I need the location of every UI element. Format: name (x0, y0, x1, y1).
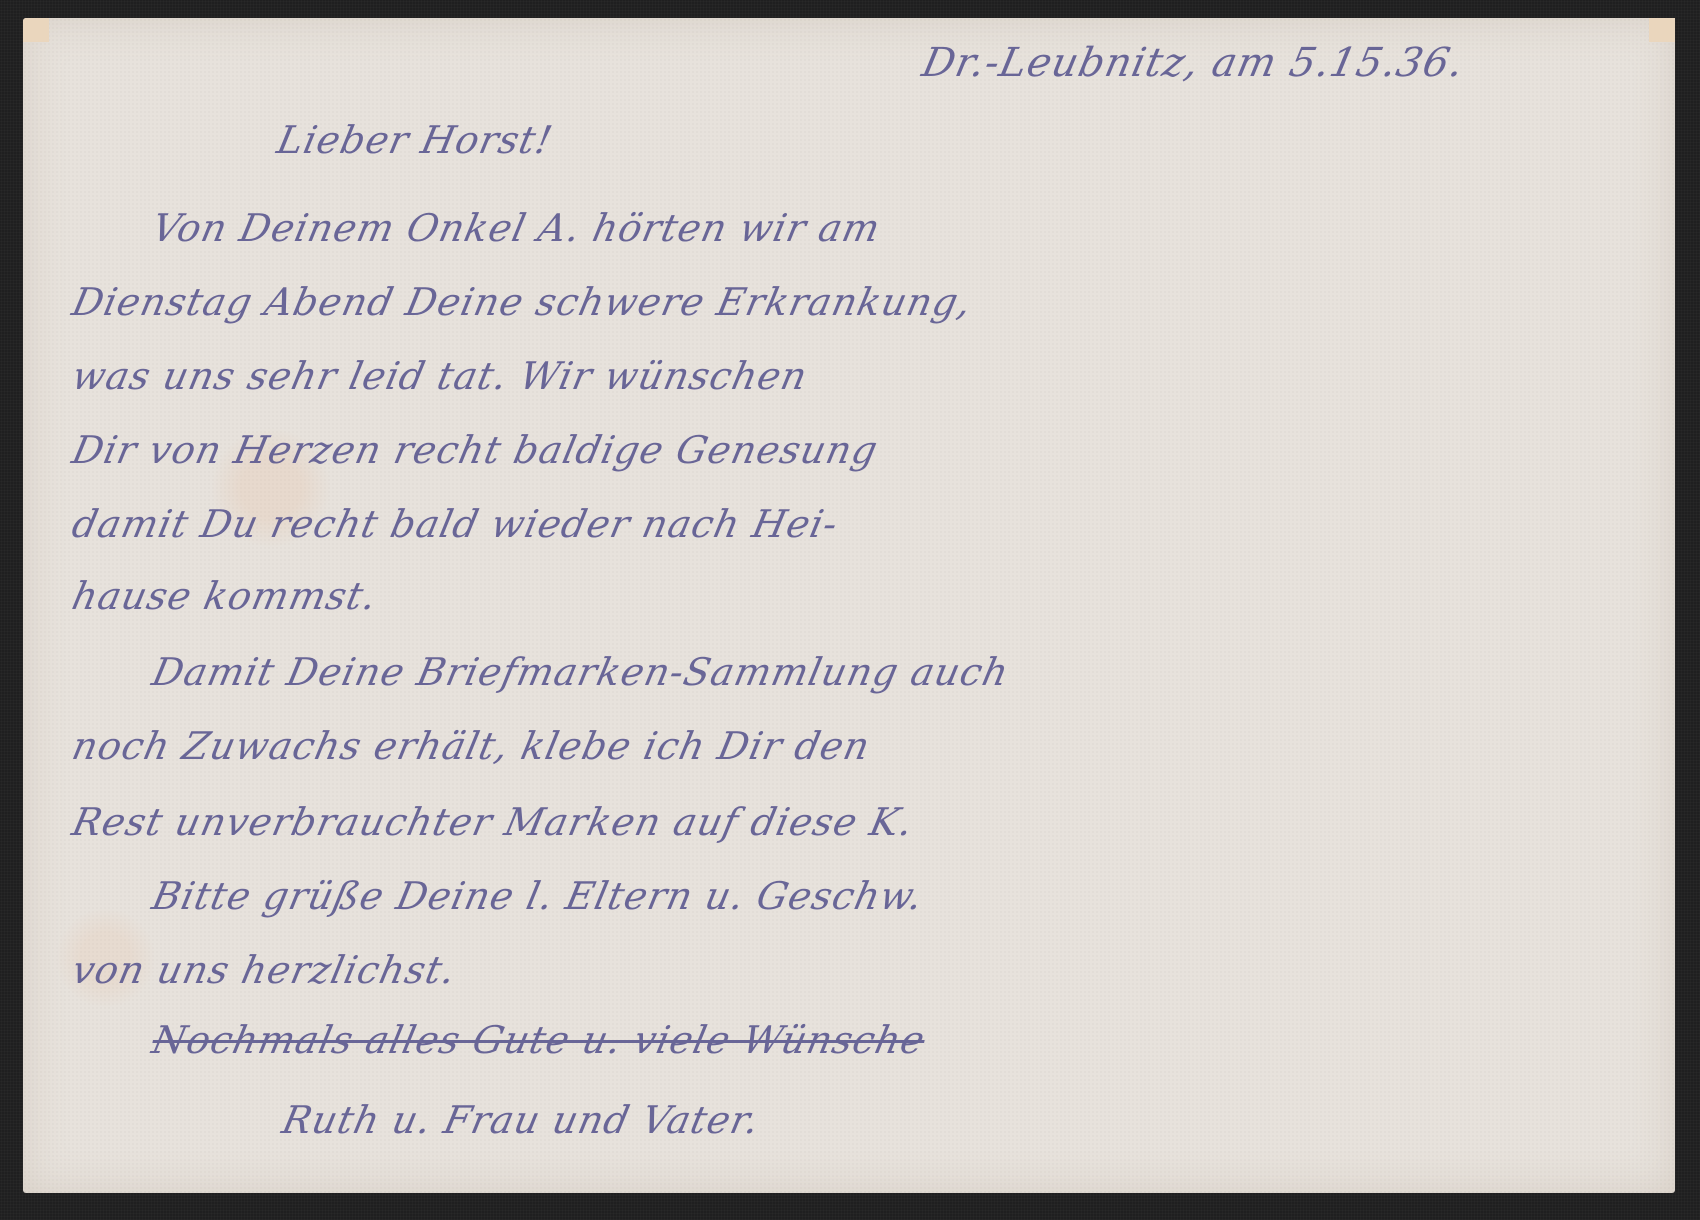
letter-line: Bitte grüße Deine l. Eltern u. Geschw. (148, 874, 927, 918)
letter-line: von uns herzlichst. (68, 948, 460, 992)
letter-line: Rest unverbrauchter Marken auf diese K. (68, 800, 917, 844)
struck-text: Nochmals alles Gute u. viele Wünsche (148, 1018, 929, 1062)
letter-line: Von Deinem Onkel A. hörten wir am (148, 206, 884, 250)
closing-line: Nochmals alles Gute u. viele Wünsche (148, 1018, 929, 1062)
letter-line: Dir von Herzen recht baldige Genesung (68, 428, 882, 472)
letter-line: Damit Deine Briefmarken-Sammlung auch (148, 650, 1013, 694)
postcard: Dr.-Leubnitz, am 5.15.36. Lieber Horst! … (23, 18, 1675, 1193)
letter-line: hause kommst. (68, 574, 381, 618)
letter-line: noch Zuwachs erhält, klebe ich Dir den (68, 724, 874, 768)
letter-line: Dienstag Abend Deine schwere Erkrankung, (68, 280, 976, 324)
signature: Ruth u. Frau und Vater. (278, 1098, 763, 1142)
corner-wear (1649, 18, 1675, 42)
letter-line: damit Du recht bald wieder nach Hei- (68, 502, 842, 546)
corner-wear (23, 18, 49, 42)
letter-line: was uns sehr leid tat. Wir wünschen (68, 354, 811, 398)
place-date: Dr.-Leubnitz, am 5.15.36. (918, 40, 1468, 86)
salutation: Lieber Horst! (273, 118, 557, 162)
